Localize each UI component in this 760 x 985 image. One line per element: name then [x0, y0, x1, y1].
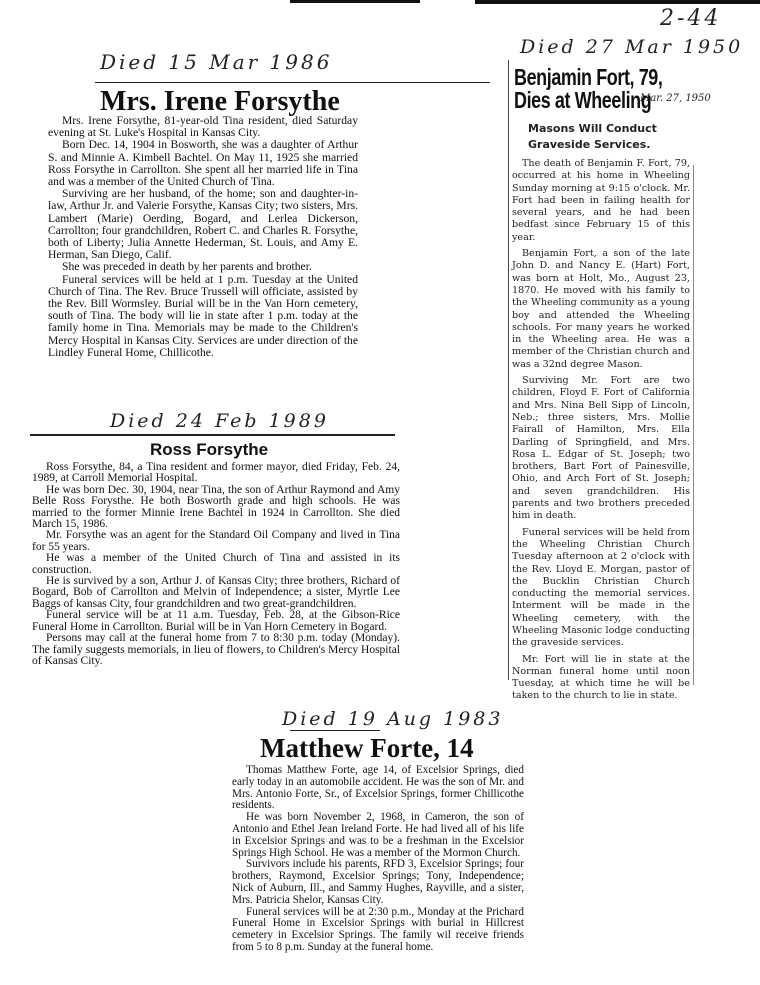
obituary-title: Benjamin Fort, 79, Dies at Wheeling [514, 66, 662, 112]
paragraph: He was born Dec. 30, 1904, near Tina, th… [32, 485, 400, 531]
paragraph: Survivors include his parents, RFD 3, Ex… [232, 859, 524, 906]
paragraph: Funeral services will be held from the W… [512, 527, 690, 650]
paragraph: The death of Benjamin F. Fort, 79, occur… [512, 158, 690, 244]
paragraph: Funeral services will be at 2:30 p.m., M… [232, 907, 524, 954]
reference-number: 2-44 [660, 6, 721, 31]
obituary-title: Ross Forsythe [150, 440, 268, 460]
paragraph: He is survived by a son, Arthur J. of Ka… [32, 576, 400, 610]
clipping-edge [693, 165, 694, 685]
subhead-line: Masons Will Conduct [528, 121, 657, 137]
divider-rule [95, 82, 490, 83]
paragraph: Funeral services will be held at 1 p.m. … [48, 274, 358, 359]
handwritten-death-date: Died 19 Aug 1983 [282, 708, 504, 730]
paragraph: Benjamin Fort, a son of the late John D.… [512, 248, 690, 371]
obituary-body: The death of Benjamin F. Fort, 79, occur… [512, 158, 690, 707]
obituary-body: Mrs. Irene Forsythe, 81-year-old Tina re… [48, 115, 358, 359]
paragraph: Mr. Fort will lie in state at the Norman… [512, 654, 690, 703]
handwritten-death-date: Died 27 Mar 1950 [520, 36, 743, 58]
obituary-body: Thomas Matthew Forte, age 14, of Excelsi… [232, 765, 524, 954]
paragraph: Mr. Forsythe was an agent for the Standa… [32, 530, 400, 553]
paragraph: Persons may call at the funeral home fro… [32, 633, 400, 667]
paragraph: Mrs. Irene Forsythe, 81-year-old Tina re… [48, 115, 358, 139]
obituary-title: Matthew Forte, 14 [260, 733, 474, 764]
paragraph: Surviving Mr. Fort are two children, Flo… [512, 375, 690, 523]
paragraph: Ross Forsythe, 84, a Tina resident and f… [32, 462, 400, 485]
scan-edge-bar [475, 0, 760, 4]
scan-edge-bar [290, 0, 420, 3]
paragraph: Funeral service will be at 11 a.m. Tuesd… [32, 610, 400, 633]
paragraph: Born Dec. 14, 1904 in Bosworth, she was … [48, 139, 358, 188]
handwritten-note: Mar. 27, 1950 [640, 93, 711, 104]
paragraph: She was preceded in death by her parents… [48, 261, 358, 273]
paragraph: He was born November 2, 1968, in Cameron… [232, 812, 524, 859]
paragraph: He was a member of the United Church of … [32, 553, 400, 576]
divider-rule [290, 730, 380, 731]
obituary-subhead: Masons Will Conduct Graveside Services. [528, 121, 657, 153]
divider-rule [30, 434, 395, 436]
paragraph: Surviving are her husband, of the home; … [48, 188, 358, 261]
paragraph: Thomas Matthew Forte, age 14, of Excelsi… [232, 765, 524, 812]
obituary-body: Ross Forsythe, 84, a Tina resident and f… [32, 462, 400, 667]
clipping-edge [508, 60, 509, 680]
handwritten-death-date: Died 15 Mar 1986 [100, 50, 332, 74]
handwritten-death-date: Died 24 Feb 1989 [110, 410, 329, 432]
title-line: Benjamin Fort, 79, [514, 66, 662, 89]
subhead-line: Graveside Services. [528, 137, 657, 153]
